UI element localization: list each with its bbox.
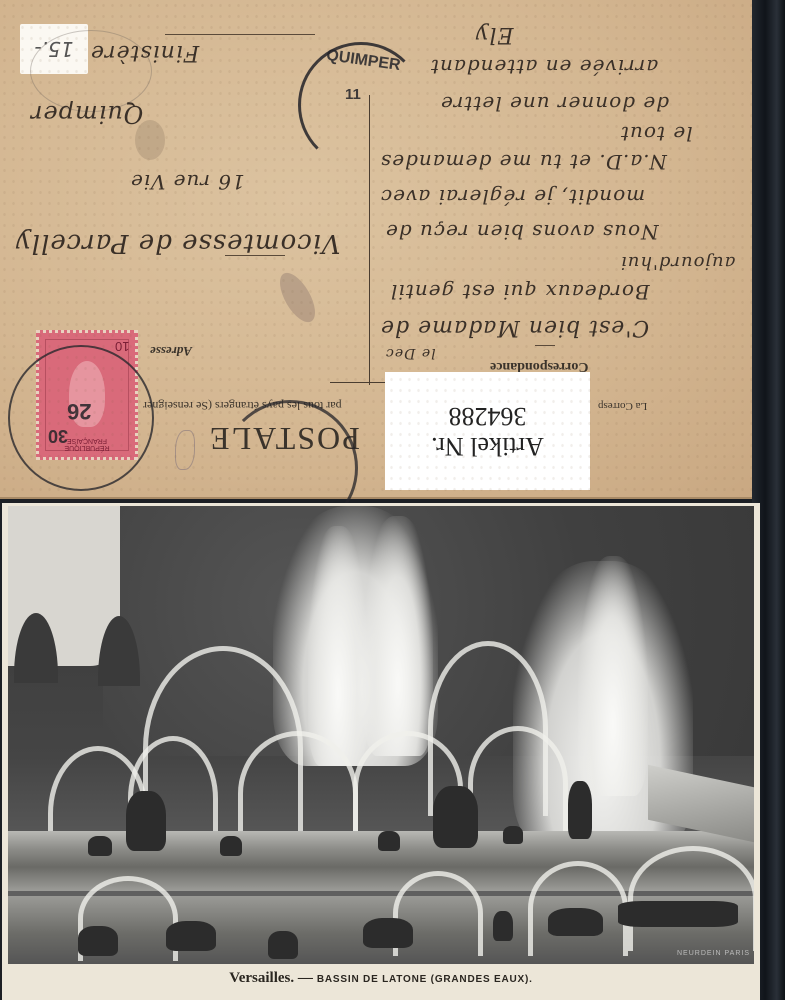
message-line: N.a.D. et tu me demandes [380, 150, 667, 174]
statue [548, 908, 603, 936]
ink-smudge [135, 120, 165, 160]
pencil-mark [175, 430, 195, 470]
statue [363, 918, 413, 948]
statue [568, 781, 592, 839]
statue-group [618, 901, 738, 927]
address-rule [165, 34, 315, 35]
address-line-2: 16 rue Vie [130, 170, 245, 194]
article-label-number: 364288 [449, 401, 527, 431]
message-line: le Dec [385, 345, 436, 361]
stamp-value: 10 [115, 339, 129, 354]
statue [493, 911, 513, 941]
message-line: Ely [475, 22, 514, 47]
printed-adresse: Adresse [150, 343, 192, 359]
message-rule [535, 345, 555, 346]
postcard-front: NEURDEIN PARIS Versailles. — BASSIN DE L… [2, 503, 760, 1000]
statue [268, 931, 298, 959]
address-line-3: Quimper [30, 100, 144, 128]
water-arc [628, 846, 754, 951]
message-line: aujourd'hui [620, 252, 735, 273]
message-line: mondit, je réglerai avec [380, 185, 645, 209]
message-line: arrivée en attendant [430, 55, 658, 79]
caption-city: Versailles. — [229, 970, 313, 986]
statue [503, 826, 523, 844]
statue [78, 926, 118, 956]
message-line: de donner une lettre [440, 92, 669, 116]
divider-vertical [369, 95, 370, 385]
water-jet [578, 556, 648, 796]
statue [88, 836, 112, 856]
fountain-photo [8, 506, 754, 964]
statue [220, 836, 242, 856]
postmark-date-day: 26 [67, 398, 91, 424]
printed-notice-left: La Corresp [598, 400, 647, 412]
publisher-mark: NEURDEIN PARIS [677, 950, 750, 957]
postcard-back: 15.- QUIMPER 11 Finistère Quimper 16 rue… [0, 0, 753, 499]
water-jet [363, 516, 433, 756]
message-line: C'est bien Madame de [380, 315, 649, 340]
message-line: le tout [620, 122, 693, 146]
statue [126, 791, 166, 851]
water-jet [308, 526, 368, 766]
article-number-label: Artikel Nr. 364288 [385, 372, 590, 490]
address-line-1: Vicomtesse de Parcelly [15, 228, 341, 258]
statue [378, 831, 400, 851]
water-arc [468, 726, 568, 841]
statue [433, 786, 478, 848]
ink-smudge [273, 267, 322, 327]
message-line: Bordeaux qui est gentil [390, 280, 650, 304]
message-line: Nous avons bien reçu de [385, 220, 659, 244]
photo-caption: Versailles. — BASSIN DE LATONE (GRANDES … [2, 969, 760, 987]
address-line-4: Finistère [90, 40, 199, 65]
article-label-title: Artikel Nr. [431, 431, 544, 461]
address-rule [225, 255, 285, 256]
postmark-quimper-detail: 11 [345, 86, 361, 103]
caption-title: BASSIN DE LATONE (GRANDES EAUX). [317, 974, 533, 985]
postmark-date-time: 30 [48, 425, 68, 446]
statue [166, 921, 216, 951]
